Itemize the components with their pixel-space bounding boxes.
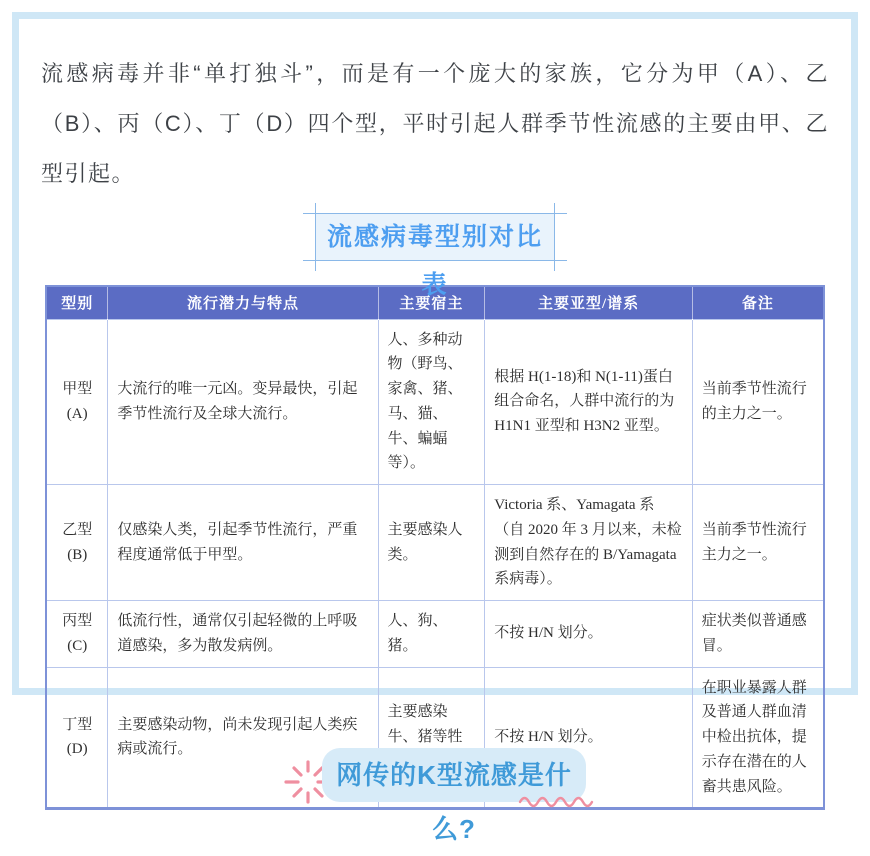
cell-host: 人、狗、猪。 [378,601,485,668]
section-heading-area: 网传的K型流感是什么? [0,744,870,814]
cell-host: 主要感染人类。 [378,485,485,601]
wavy-line-decoration [518,794,596,808]
cell-type: 乙型 (B) [46,485,108,601]
type-code: (B) [56,543,98,568]
title-box-line-left [315,203,316,271]
article-card: 流感病毒并非“单打独斗”，而是有一个庞大的家族，它分为甲（A）、乙（B）、丙（C… [12,12,858,695]
table-row-type-a: 甲型 (A) 大流行的唯一元凶。变异最快，引起季节性流行及全球大流行。 人、多种… [46,319,824,485]
cell-subtype: 不按 H/N 划分。 [485,601,693,668]
table-title-box: 流感病毒型别对比表 [315,213,555,261]
type-code: (A) [56,402,98,427]
cell-note: 当前季节性流行的主力之一。 [692,319,824,485]
intro-paragraph: 流感病毒并非“单打独斗”，而是有一个庞大的家族，它分为甲（A）、乙（B）、丙（C… [41,49,829,199]
flu-type-comparison-table: 型别 流行潜力与特点 主要宿主 主要亚型/谱系 备注 甲型 (A) 大流行的唯一… [45,285,825,810]
cell-subtype: 根据 H(1-18)和 N(1-11)蛋白组合命名，人群中流行的为 H1N1 亚… [485,319,693,485]
header-type: 型别 [46,286,108,319]
cell-subtype: Victoria 系、Yamagata 系（自 2020 年 3 月以来，未检测… [485,485,693,601]
title-box-line-right [554,203,555,271]
type-name: 乙型 [56,518,98,543]
cell-feature: 仅感染人类，引起季节性流行，严重程度通常低于甲型。 [108,485,378,601]
cell-feature: 大流行的唯一元凶。变异最快，引起季节性流行及全球大流行。 [108,319,378,485]
table-row-type-c: 丙型 (C) 低流行性，通常仅引起轻微的上呼吸道感染，多为散发病例。 人、狗、猪… [46,601,824,668]
type-name: 丁型 [56,713,98,738]
cell-feature: 低流行性，通常仅引起轻微的上呼吸道感染，多为散发病例。 [108,601,378,668]
type-code: (C) [56,634,98,659]
title-box-line-bottom [303,260,567,261]
cell-note: 当前季节性流行主力之一。 [692,485,824,601]
table-row-type-b: 乙型 (B) 仅感染人类，引起季节性流行，严重程度通常低于甲型。 主要感染人类。… [46,485,824,601]
cell-note: 症状类似普通感冒。 [692,601,824,668]
cell-host: 人、多种动物（野鸟、家禽、猪、马、猫、牛、蝙蝠等）。 [378,319,485,485]
table-title: 流感病毒型别对比表 [315,213,555,309]
type-name: 甲型 [56,377,98,402]
cell-type: 甲型 (A) [46,319,108,485]
header-note: 备注 [692,286,824,319]
cell-type: 丙型 (C) [46,601,108,668]
title-box-line-top [303,213,567,214]
type-name: 丙型 [56,609,98,634]
